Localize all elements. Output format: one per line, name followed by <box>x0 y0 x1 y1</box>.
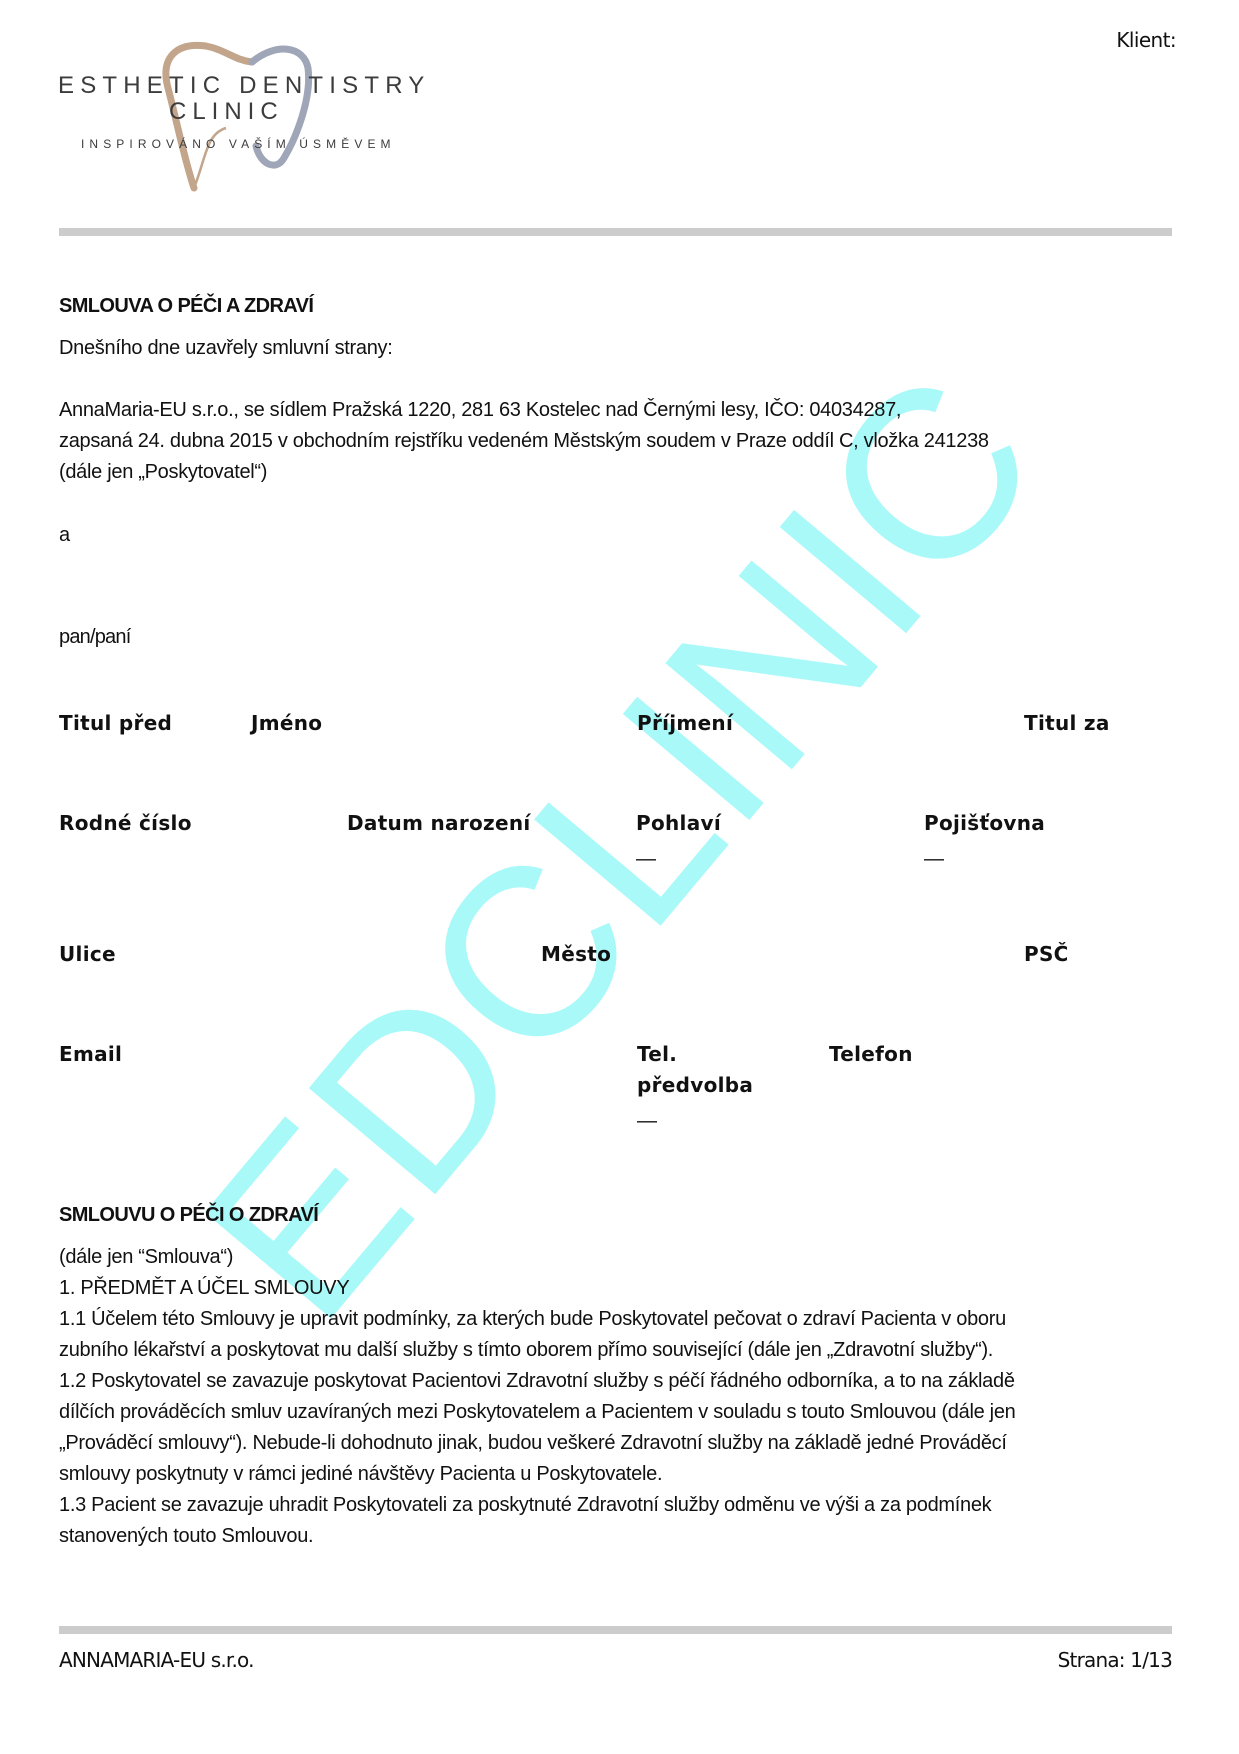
clinic-logo: ESTHETIC DENTISTRY CLINIC INSPIROVÁNO VA… <box>56 38 396 198</box>
header-divider <box>59 228 1172 236</box>
page-number: Strana: 1/13 <box>1058 1648 1172 1672</box>
body-line: stanovených touto Smlouvou. <box>59 1521 1189 1552</box>
provider-line: zapsaná 24. dubna 2015 v obchodním rejst… <box>59 426 1179 457</box>
field-phone-prefix-label-line1: Tel. <box>637 1039 753 1070</box>
field-surname-label: Příjmení <box>637 708 733 739</box>
body-line: (dále jen “Smlouva“) <box>59 1242 1189 1273</box>
logo-tagline: INSPIROVÁNO VAŠÍM ÚSMĚVEM <box>81 137 396 151</box>
field-birth-date-label: Datum narození <box>347 808 531 839</box>
field-title-after-label: Titul za <box>1024 708 1110 739</box>
field-phone-prefix-value: — <box>637 1110 657 1133</box>
intro-text: Dnešního dne uzavřely smluvní strany: <box>59 333 393 364</box>
body-line: dílčích prováděcích smluv uzavíraných me… <box>59 1397 1189 1428</box>
contract-body: (dále jen “Smlouva“) 1. PŘEDMĚT A ÚČEL S… <box>59 1242 1189 1552</box>
field-birth-number-label: Rodné číslo <box>59 808 192 839</box>
field-phone-label: Telefon <box>829 1039 913 1070</box>
field-gender-label: Pohlaví <box>636 808 721 839</box>
logo-line1: ESTHETIC DENTISTRY <box>58 72 431 100</box>
body-line: „Prováděcí smlouvy“). Nebude-li dohodnut… <box>59 1428 1189 1459</box>
document-title: SMLOUVA O PÉČI A ZDRAVÍ <box>59 295 313 318</box>
and-text: a <box>59 520 70 551</box>
field-gender-value: — <box>636 848 656 871</box>
logo-line2: CLINIC <box>169 98 284 126</box>
field-insurer-value: — <box>924 848 944 871</box>
body-line: zubního lékařství a poskytovat mu další … <box>59 1335 1189 1366</box>
field-phone-prefix-label-line2: předvolba <box>637 1070 753 1101</box>
footer-divider <box>59 1626 1172 1634</box>
client-label: Klient: <box>1116 28 1176 52</box>
field-street-label: Ulice <box>59 939 116 970</box>
salutation: pan/paní <box>59 622 130 653</box>
field-phone-prefix-label: Tel. předvolba <box>637 1039 753 1101</box>
body-line: 1.3 Pacient se zavazuje uhradit Poskytov… <box>59 1490 1189 1521</box>
body-line: 1.1 Účelem této Smlouvy je upravit podmí… <box>59 1304 1189 1335</box>
provider-line: AnnaMaria-EU s.r.o., se sídlem Pražská 1… <box>59 395 1179 426</box>
section-heading: 1. PŘEDMĚT A ÚČEL SMLOUVY <box>59 1273 1189 1304</box>
section-title: SMLOUVU O PÉČI O ZDRAVÍ <box>59 1204 318 1227</box>
provider-block: AnnaMaria-EU s.r.o., se sídlem Pražská 1… <box>59 395 1179 488</box>
field-first-name-label: Jméno <box>251 708 322 739</box>
provider-line: (dále jen „Poskytovatel“) <box>59 457 1179 488</box>
field-insurer-label: Pojišťovna <box>924 808 1045 839</box>
field-city-label: Město <box>541 939 611 970</box>
body-line: 1.2 Poskytovatel se zavazuje poskytovat … <box>59 1366 1189 1397</box>
body-line: smlouvy poskytnuty v rámci jediné návště… <box>59 1459 1189 1490</box>
field-zip-label: PSČ <box>1024 939 1069 970</box>
field-email-label: Email <box>59 1039 122 1070</box>
footer-company: ANNAMARIA-EU s.r.o. <box>59 1648 254 1672</box>
field-title-before-label: Titul před <box>59 708 172 739</box>
